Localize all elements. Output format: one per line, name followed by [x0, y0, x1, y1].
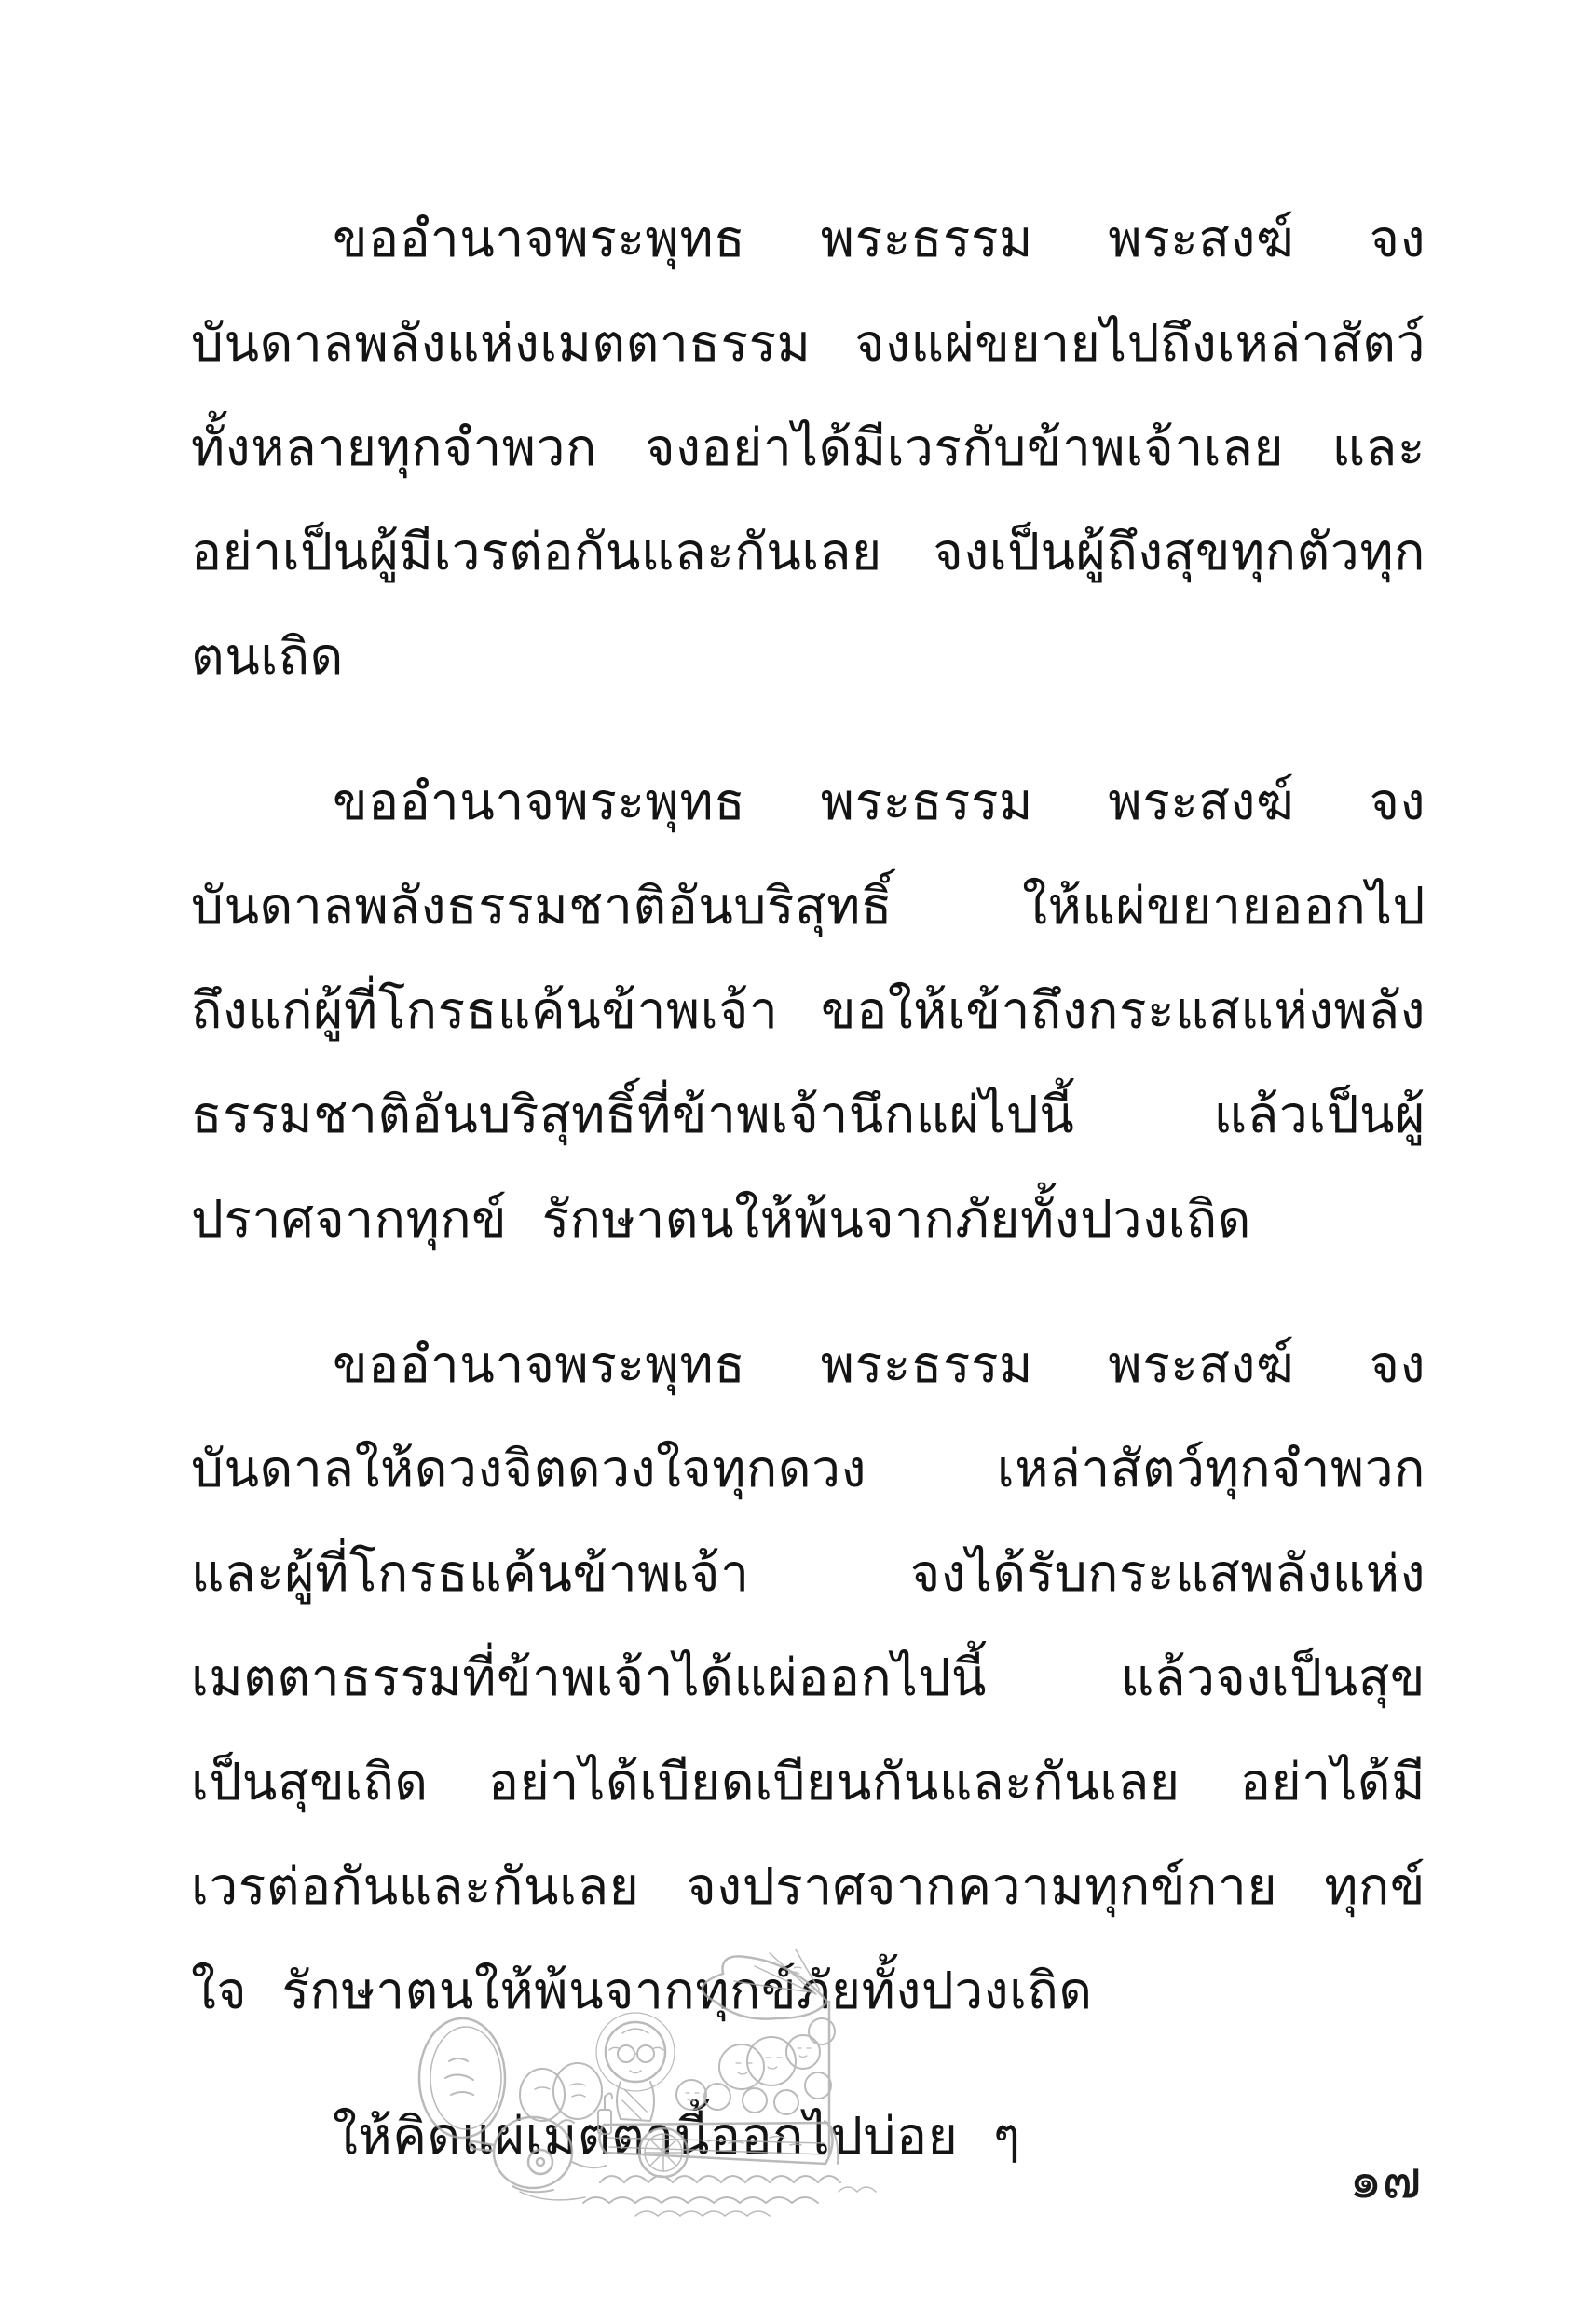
boat-hull	[599, 2121, 840, 2182]
leaf-sail	[703, 1949, 829, 2156]
prayer-text-block: ขออำนาจพระพุทธ พระธรรม พระสงฆ์ จงบันดาลพ…	[191, 186, 1425, 2188]
speech-bubbles	[520, 2063, 602, 2121]
tow-rope	[572, 2162, 606, 2167]
book-page: ขออำนาจพระพุทธ พระธรรม พระสงฆ์ จงบันดาลพ…	[0, 0, 1596, 2311]
water-waves	[583, 2187, 876, 2216]
passenger-figures	[676, 2018, 835, 2114]
paragraph-1: ขออำนาจพระพุทธ พระธรรม พระสงฆ์ จงบันดาลพ…	[191, 186, 1425, 708]
pig-figure	[470, 2117, 585, 2200]
monk-figure	[596, 2013, 675, 2121]
page-number: ๑๗	[1349, 2154, 1422, 2207]
hull-scribbles	[708, 2137, 801, 2146]
boat-cartoon-illustration	[401, 1912, 1221, 2220]
thought-bubble-large	[419, 2018, 505, 2138]
wheel-icon	[639, 2128, 688, 2177]
paragraph-2: ขออำนาจพระพุทธ พระธรรม พระสงฆ์ จงบันดาลพ…	[191, 749, 1425, 1271]
